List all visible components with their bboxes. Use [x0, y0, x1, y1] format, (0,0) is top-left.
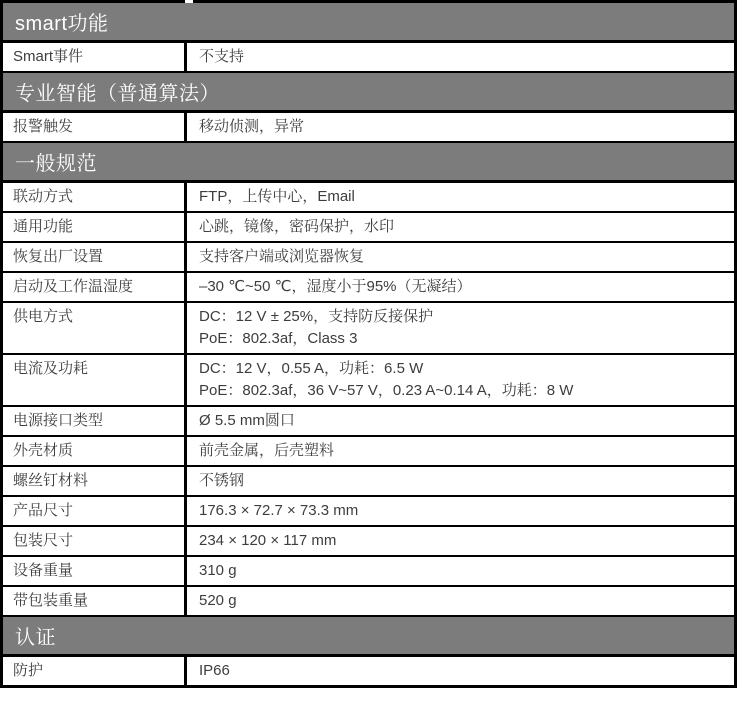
row-value-line: 移动侦测，异常: [199, 116, 726, 138]
row-value-line: 不锈钢: [199, 470, 726, 492]
row-value: 176.3 × 72.7 × 73.3 mm: [187, 497, 734, 525]
row-value-line: FTP，上传中心，Email: [199, 186, 726, 208]
row-value-line: 520 g: [199, 590, 726, 612]
row-value: –30 ℃~50 ℃，湿度小于95%（无凝结）: [187, 273, 734, 301]
row-value-line: IP66: [199, 660, 726, 682]
spec-section: smart功能 Smart事件 不支持: [3, 3, 734, 73]
row-value: 520 g: [187, 587, 734, 615]
row-value: 前壳金属，后壳塑料: [187, 437, 734, 465]
spec-section: 专业智能（普通算法） 报警触发 移动侦测，异常: [3, 73, 734, 143]
section-header: 专业智能（普通算法）: [3, 73, 734, 113]
row-value: 移动侦测，异常: [187, 113, 734, 141]
row-value-line: 心跳，镜像，密码保护，水印: [199, 216, 726, 238]
row-label: 防护: [3, 657, 187, 685]
row-label: 电流及功耗: [3, 355, 187, 405]
row-value-line: DC：12 V，0.55 A，功耗：6.5 W: [199, 358, 726, 380]
row-label: 带包装重量: [3, 587, 187, 615]
table-row: 外壳材质 前壳金属，后壳塑料: [3, 437, 734, 467]
section-header: smart功能: [3, 3, 734, 43]
spec-table: smart功能 Smart事件 不支持 专业智能（普通算法） 报警触发 移动侦测…: [0, 0, 737, 688]
row-value-line: 310 g: [199, 560, 726, 582]
row-label: 外壳材质: [3, 437, 187, 465]
row-label: 产品尺寸: [3, 497, 187, 525]
row-label: 螺丝钉材料: [3, 467, 187, 495]
row-value: DC：12 V ± 25%，支持防反接保护 PoE：802.3af，Class …: [187, 303, 734, 353]
column-divider-notch: [185, 0, 193, 3]
row-value: 支持客户端或浏览器恢复: [187, 243, 734, 271]
row-label: 恢复出厂设置: [3, 243, 187, 271]
row-value-line: 不支持: [199, 46, 726, 68]
section-header-label: 认证: [15, 621, 56, 650]
table-row: 通用功能 心跳，镜像，密码保护，水印: [3, 213, 734, 243]
row-value: 310 g: [187, 557, 734, 585]
row-value-line: 支持客户端或浏览器恢复: [199, 246, 726, 268]
row-value-line: –30 ℃~50 ℃，湿度小于95%（无凝结）: [199, 276, 726, 298]
row-value-line: 234 × 120 × 117 mm: [199, 530, 726, 552]
row-label: 通用功能: [3, 213, 187, 241]
table-row: 启动及工作温湿度 –30 ℃~50 ℃，湿度小于95%（无凝结）: [3, 273, 734, 303]
row-label: 电源接口类型: [3, 407, 187, 435]
table-row: 恢复出厂设置 支持客户端或浏览器恢复: [3, 243, 734, 273]
row-value: IP66: [187, 657, 734, 685]
row-value-line: 前壳金属，后壳塑料: [199, 440, 726, 462]
row-value: FTP，上传中心，Email: [187, 183, 734, 211]
row-value-line: Ø 5.5 mm圆口: [199, 410, 726, 432]
section-header-label: 一般规范: [15, 147, 97, 176]
spec-section: 认证 防护 IP66: [3, 617, 734, 685]
table-row: 包装尺寸 234 × 120 × 117 mm: [3, 527, 734, 557]
row-label: 包装尺寸: [3, 527, 187, 555]
row-label: 报警触发: [3, 113, 187, 141]
table-row: Smart事件 不支持: [3, 43, 734, 73]
row-value-line: DC：12 V ± 25%，支持防反接保护: [199, 306, 726, 328]
table-row: 供电方式 DC：12 V ± 25%，支持防反接保护 PoE：802.3af，C…: [3, 303, 734, 355]
table-row: 螺丝钉材料 不锈钢: [3, 467, 734, 497]
row-label: 联动方式: [3, 183, 187, 211]
section-header-label: 专业智能（普通算法）: [15, 77, 220, 106]
spec-page: smart功能 Smart事件 不支持 专业智能（普通算法） 报警触发 移动侦测…: [0, 0, 750, 720]
table-row: 联动方式 FTP，上传中心，Email: [3, 183, 734, 213]
row-value-line: 176.3 × 72.7 × 73.3 mm: [199, 500, 726, 522]
table-row: 设备重量 310 g: [3, 557, 734, 587]
section-header-label: smart功能: [15, 7, 109, 36]
table-row: 电源接口类型 Ø 5.5 mm圆口: [3, 407, 734, 437]
row-label: 供电方式: [3, 303, 187, 353]
row-value: 234 × 120 × 117 mm: [187, 527, 734, 555]
section-header: 认证: [3, 617, 734, 657]
row-value: 心跳，镜像，密码保护，水印: [187, 213, 734, 241]
row-value: 不锈钢: [187, 467, 734, 495]
section-header: 一般规范: [3, 143, 734, 183]
row-value: DC：12 V，0.55 A，功耗：6.5 W PoE：802.3af，36 V…: [187, 355, 734, 405]
row-value: Ø 5.5 mm圆口: [187, 407, 734, 435]
row-value-line: PoE：802.3af，36 V~57 V，0.23 A~0.14 A，功耗：8…: [199, 380, 726, 402]
row-value: 不支持: [187, 43, 734, 71]
table-row: 报警触发 移动侦测，异常: [3, 113, 734, 143]
spec-section: 一般规范 联动方式 FTP，上传中心，Email 通用功能 心跳，镜像，密码保护…: [3, 143, 734, 617]
row-value-line: PoE：802.3af，Class 3: [199, 328, 726, 350]
table-row: 带包装重量 520 g: [3, 587, 734, 617]
table-row: 防护 IP66: [3, 657, 734, 685]
table-row: 产品尺寸 176.3 × 72.7 × 73.3 mm: [3, 497, 734, 527]
row-label: 设备重量: [3, 557, 187, 585]
row-label: 启动及工作温湿度: [3, 273, 187, 301]
row-label: Smart事件: [3, 43, 187, 71]
table-row: 电流及功耗 DC：12 V，0.55 A，功耗：6.5 W PoE：802.3a…: [3, 355, 734, 407]
